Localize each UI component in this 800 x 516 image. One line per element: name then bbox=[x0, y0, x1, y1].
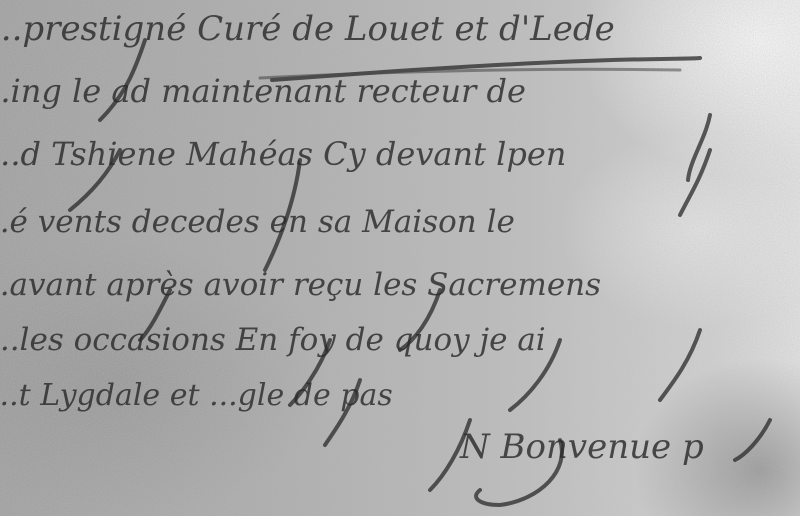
manuscript-page: ...prestigné Curé de Louet et d'Lede ...… bbox=[0, 0, 800, 516]
manuscript-line-5: ...avant après avoir reçu les Sacremens bbox=[0, 267, 601, 303]
manuscript-line-6: ...les occasions En foy de quoy je ai bbox=[0, 322, 546, 358]
manuscript-line-3: ...d Tshiene Mahéas Cy devant lpen bbox=[0, 135, 566, 173]
signature: N Bonvenue p bbox=[459, 427, 704, 467]
handwriting-layer: ...prestigné Curé de Louet et d'Lede ...… bbox=[0, 0, 800, 516]
manuscript-line-7: ...t Lygdale et ...gle de pas bbox=[0, 378, 393, 413]
manuscript-line-1: ...prestigné Curé de Louet et d'Lede bbox=[0, 9, 615, 49]
manuscript-line-2: ...ing le ad maintenant recteur de bbox=[0, 72, 526, 110]
manuscript-line-4: ...é vents decedes en sa Maison le bbox=[0, 204, 515, 240]
